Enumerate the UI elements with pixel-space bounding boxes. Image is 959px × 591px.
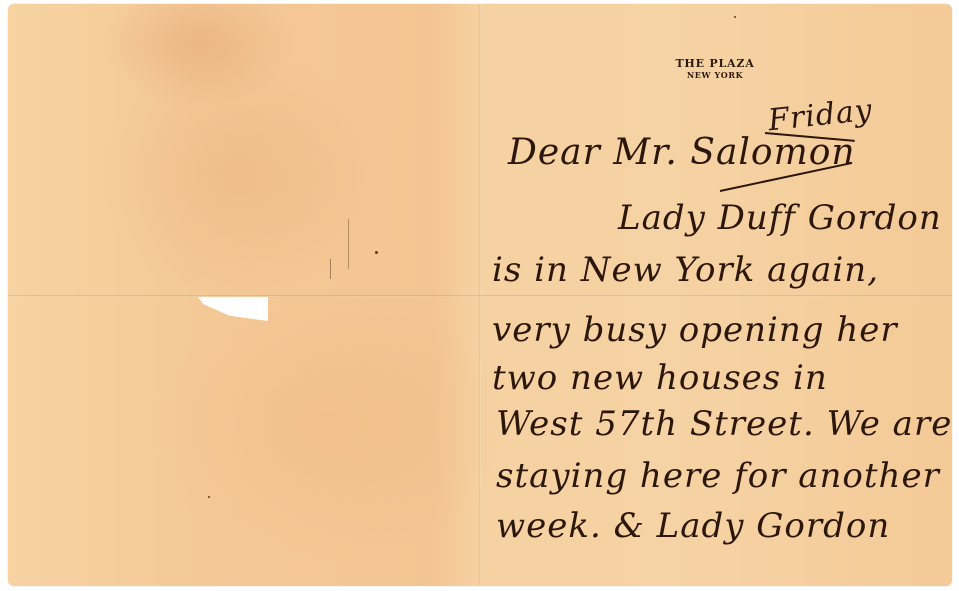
- pencil-mark: [348, 219, 349, 269]
- letter-line-3: very busy opening her: [492, 310, 898, 350]
- letter-line-7: week. & Lady Gordon: [496, 506, 890, 546]
- paper-tear: [198, 297, 268, 321]
- ink-speck: [375, 251, 378, 254]
- horizontal-fold-crease: [8, 295, 952, 297]
- ink-speck: [734, 16, 736, 18]
- ink-speck: [208, 496, 210, 498]
- letter-salutation: Dear Mr. Salomon: [508, 132, 856, 173]
- letter-line-1: Lady Duff Gordon: [618, 198, 942, 238]
- letterhead-title: THE PLAZA: [660, 58, 770, 69]
- pencil-mark: [330, 259, 331, 279]
- letter-line-4: two new houses in: [492, 358, 828, 398]
- letter-line-6: staying here for another: [496, 456, 940, 496]
- letterhead-subtitle: NEW YORK: [660, 71, 770, 79]
- letterhead: THE PLAZA NEW YORK: [660, 58, 770, 79]
- letter-line-5: West 57th Street. We are: [496, 404, 952, 444]
- letter-line-2: is in New York again,: [492, 250, 879, 290]
- letter-sheet: [8, 4, 952, 586]
